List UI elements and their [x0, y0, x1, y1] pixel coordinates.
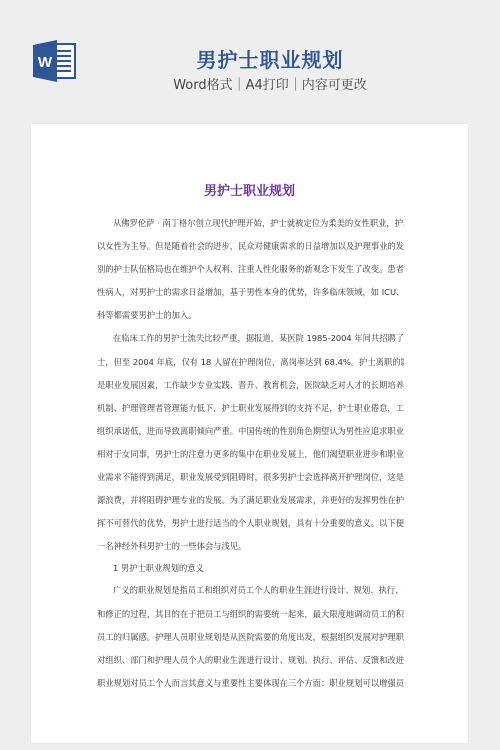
text-line: 源浪费，并将阻碍护理专业的发展。为了满足职业发展需求，并更好的发挥男性在护理事业…	[97, 489, 404, 512]
text-line: 别的护士队伍格局也在维护个人权利、注重人性化服务的新观念下发生了改变。患者，尤其…	[97, 258, 404, 281]
text-line: 员工的归属感。护理人员职业规划是从医院需要的角度出发，根据组织发展对护理职业岗位…	[97, 626, 404, 649]
text-line: 士，但至 2004 年底，仅有 18 人留在护理岗位，离岗率达到 68.4%。护…	[97, 351, 404, 374]
header-title: 男护士职业规划	[0, 44, 500, 73]
text-line: 广义的职业规划是指员工和组织对员工个人的职业生涯进行设计、规划、执行、评价、反馈	[97, 579, 404, 602]
text-line: 对组织、部门和护理人员个人的职业生涯进行设计、规划、执行、评估、反馈和改进的综合…	[97, 649, 404, 672]
text-line: 和修正的过程，其目的在于把员工与组织的需要统一起来，最大限度地调动员工的积极性，…	[97, 603, 404, 626]
document-title: 男护士职业规划	[31, 180, 468, 199]
header-banner: W 男护士职业规划 Word格式｜A4打印｜内容可更改	[0, 0, 500, 110]
text-line: 机制、护理管理者管理能力低下，护士职业发展得到的支持不足，护士职业倦怠，工作满意…	[97, 397, 404, 420]
text-line: 性病人，对男护士的需求日益增加，基于男性本身的优势，许多临床领域，如 ICU、急…	[97, 281, 404, 304]
header-subtitle: Word格式｜A4打印｜内容可更改	[0, 74, 500, 93]
text-line: 在临床工作的男护士流失比较严重，据报道，某医院 1985-2004 年间共招聘了…	[97, 327, 404, 350]
text-line: 职业规划对员工个人而言其意义与重要性主要体现在三个方面：职业规划可以增强员工对职…	[97, 672, 404, 695]
text-line: 相对于女同事，男护士的注意力更多的集中在职业发展上，他们渴望职业进步和职业成功。…	[97, 443, 404, 466]
text-line: 是职业发展因素，工作缺少专业实践、晋升、教育机会，医院缺乏对人才的长期培养计划和…	[97, 374, 404, 397]
text-line: 以女性为主导。但是随着社会的进步，民众对健康需求的日益增加以及护理事业的发展，单…	[97, 235, 404, 258]
document-page: 男护士职业规划 从佛罗伦萨 · 南丁格尔创立现代护理开始，护士就被定位为柔美的女…	[31, 124, 468, 743]
text-line: 从佛罗伦萨 · 南丁格尔创立现代护理开始，护士就被定位为柔美的女性职业，护理工作…	[97, 212, 404, 235]
text-line: 一名神经外科男护士的一些体会与浅见。	[97, 535, 404, 558]
text-line: 挥不可替代的优势，男护士进行适当的个人职业规划，具有十分重要的意义。以下便是笔者…	[97, 512, 404, 535]
text-line: 组织承诺低，进而导致离职倾向严重。中国传统的性别角色期望认为男性应追求职业成功，…	[97, 420, 404, 443]
text-line: 业需求不能得到满足，职业发展受到阻碍时，很多男护士会选择离开护理岗位，这是一种人…	[97, 466, 404, 489]
text-line: 科等都需要男护士的加入。	[97, 304, 404, 327]
document-body: 从佛罗伦萨 · 南丁格尔创立现代护理开始，护士就被定位为柔美的女性职业，护理工作…	[97, 212, 404, 695]
section-heading: 1 男护士职业规划的意义	[97, 558, 404, 579]
